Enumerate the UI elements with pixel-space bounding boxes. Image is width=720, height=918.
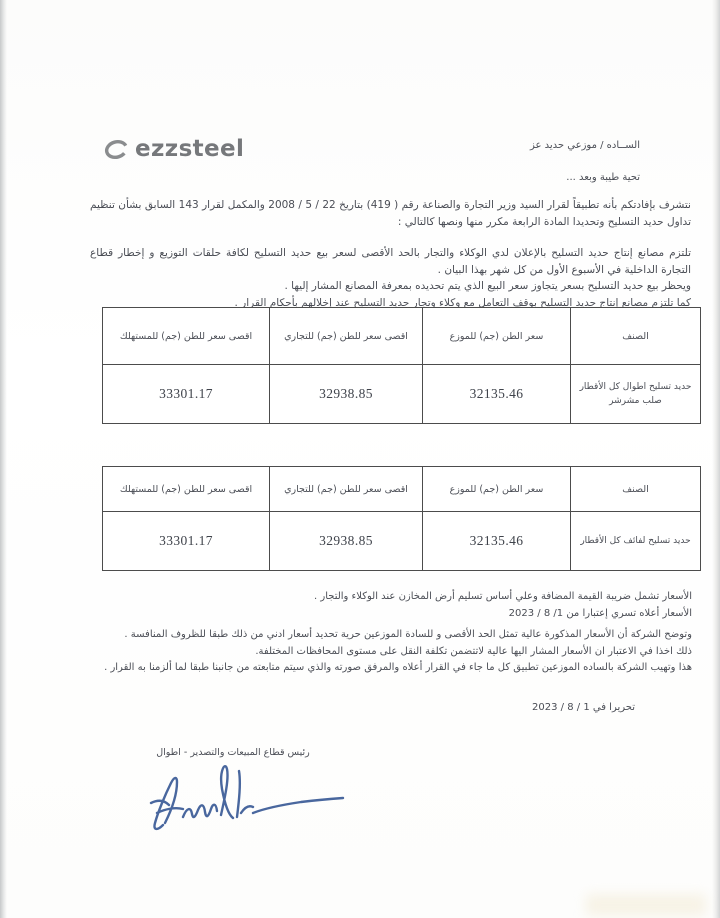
note-line: وتوضح الشركة أن الأسعار المذكورة عالية ت… [90, 627, 692, 644]
price-cell: 32938.85 [270, 365, 423, 424]
intro-paragraph: نتشرف بإفادتكم بأنه تطبيقاً لقرار السيد … [90, 197, 691, 231]
issue-date: تحريرا في 1 / 8 / 2023 [532, 702, 635, 713]
item-name-cell: حديد تسليح اطوال كل الأقطارصلب مشرشر [571, 365, 701, 424]
column-header: سعر الطن (جم) للموزع [423, 308, 571, 365]
decree-line: تلتزم مصانع إنتاج حديد التسليح بالإعلان … [90, 245, 691, 278]
price-cell: 32135.46 [423, 512, 571, 571]
column-header: الصنف [571, 308, 701, 365]
note-line: الأسعار أعلاه تسري إعتبارا من 1/ 8 / 202… [90, 606, 692, 623]
price-table-coils: الصنفسعر الطن (جم) للموزعاقصى سعر للطن (… [102, 466, 701, 571]
column-header: اقصى سعر للطن (جم) للمستهلك [103, 308, 270, 365]
column-header: الصنف [571, 467, 701, 512]
decree-paragraphs: تلتزم مصانع إنتاج حديد التسليح بالإعلان … [90, 245, 691, 311]
table-row: حديد تسليح لفائف كل الأقطار32135.4632938… [103, 512, 701, 571]
greeting-line: تحية طيبة وبعد ... [530, 172, 640, 183]
price-cell: 33301.17 [103, 365, 270, 424]
scan-smudge [586, 894, 706, 916]
price-table-lengths: الصنفسعر الطن (جم) للموزعاقصى سعر للطن (… [102, 307, 701, 424]
column-header: سعر الطن (جم) للموزع [423, 467, 571, 512]
price-cell: 32135.46 [423, 365, 571, 424]
item-name-cell: حديد تسليح لفائف كل الأقطار [571, 512, 701, 571]
ezzsteel-ring-icon [103, 138, 130, 161]
scan-left-edge [0, 0, 7, 918]
note-line: هذا وتهيب الشركة بالساده الموزعين تطبيق … [90, 660, 692, 677]
decree-line: ويحظر بيع حديد التسليح بسعر يتجاوز سعر ا… [90, 278, 691, 295]
notes-block: الأسعار تشمل ضريبة القيمة المضافة وعلي أ… [90, 589, 692, 677]
handwritten-signature [145, 757, 353, 832]
price-cell: 33301.17 [103, 512, 270, 571]
scanned-letter-page: ezzsteel الســاده / موزعي حديد عز تحية ط… [0, 0, 720, 918]
note-line: ذلك اخذا في الاعتبار ان الأسعار المشار ا… [90, 644, 692, 661]
recipient-line: الســاده / موزعي حديد عز [530, 140, 640, 151]
table-header-row: الصنفسعر الطن (جم) للموزعاقصى سعر للطن (… [103, 308, 701, 365]
price-cell: 32938.85 [270, 512, 423, 571]
table-header-row: الصنفسعر الطن (جم) للموزعاقصى سعر للطن (… [103, 467, 701, 512]
letter-header: الســاده / موزعي حديد عز تحية طيبة وبعد … [530, 140, 640, 183]
column-header: اقصى سعر للطن (جم) للتجاري [270, 308, 423, 365]
scan-right-edge [712, 0, 720, 918]
column-header: اقصى سعر للطن (جم) للمستهلك [103, 467, 270, 512]
logo-wordmark: ezzsteel [135, 138, 244, 161]
ezzsteel-logo: ezzsteel [103, 138, 244, 161]
note-line: الأسعار تشمل ضريبة القيمة المضافة وعلي أ… [90, 589, 692, 606]
table-row: حديد تسليح اطوال كل الأقطارصلب مشرشر3213… [103, 365, 701, 424]
column-header: اقصى سعر للطن (جم) للتجاري [270, 467, 423, 512]
